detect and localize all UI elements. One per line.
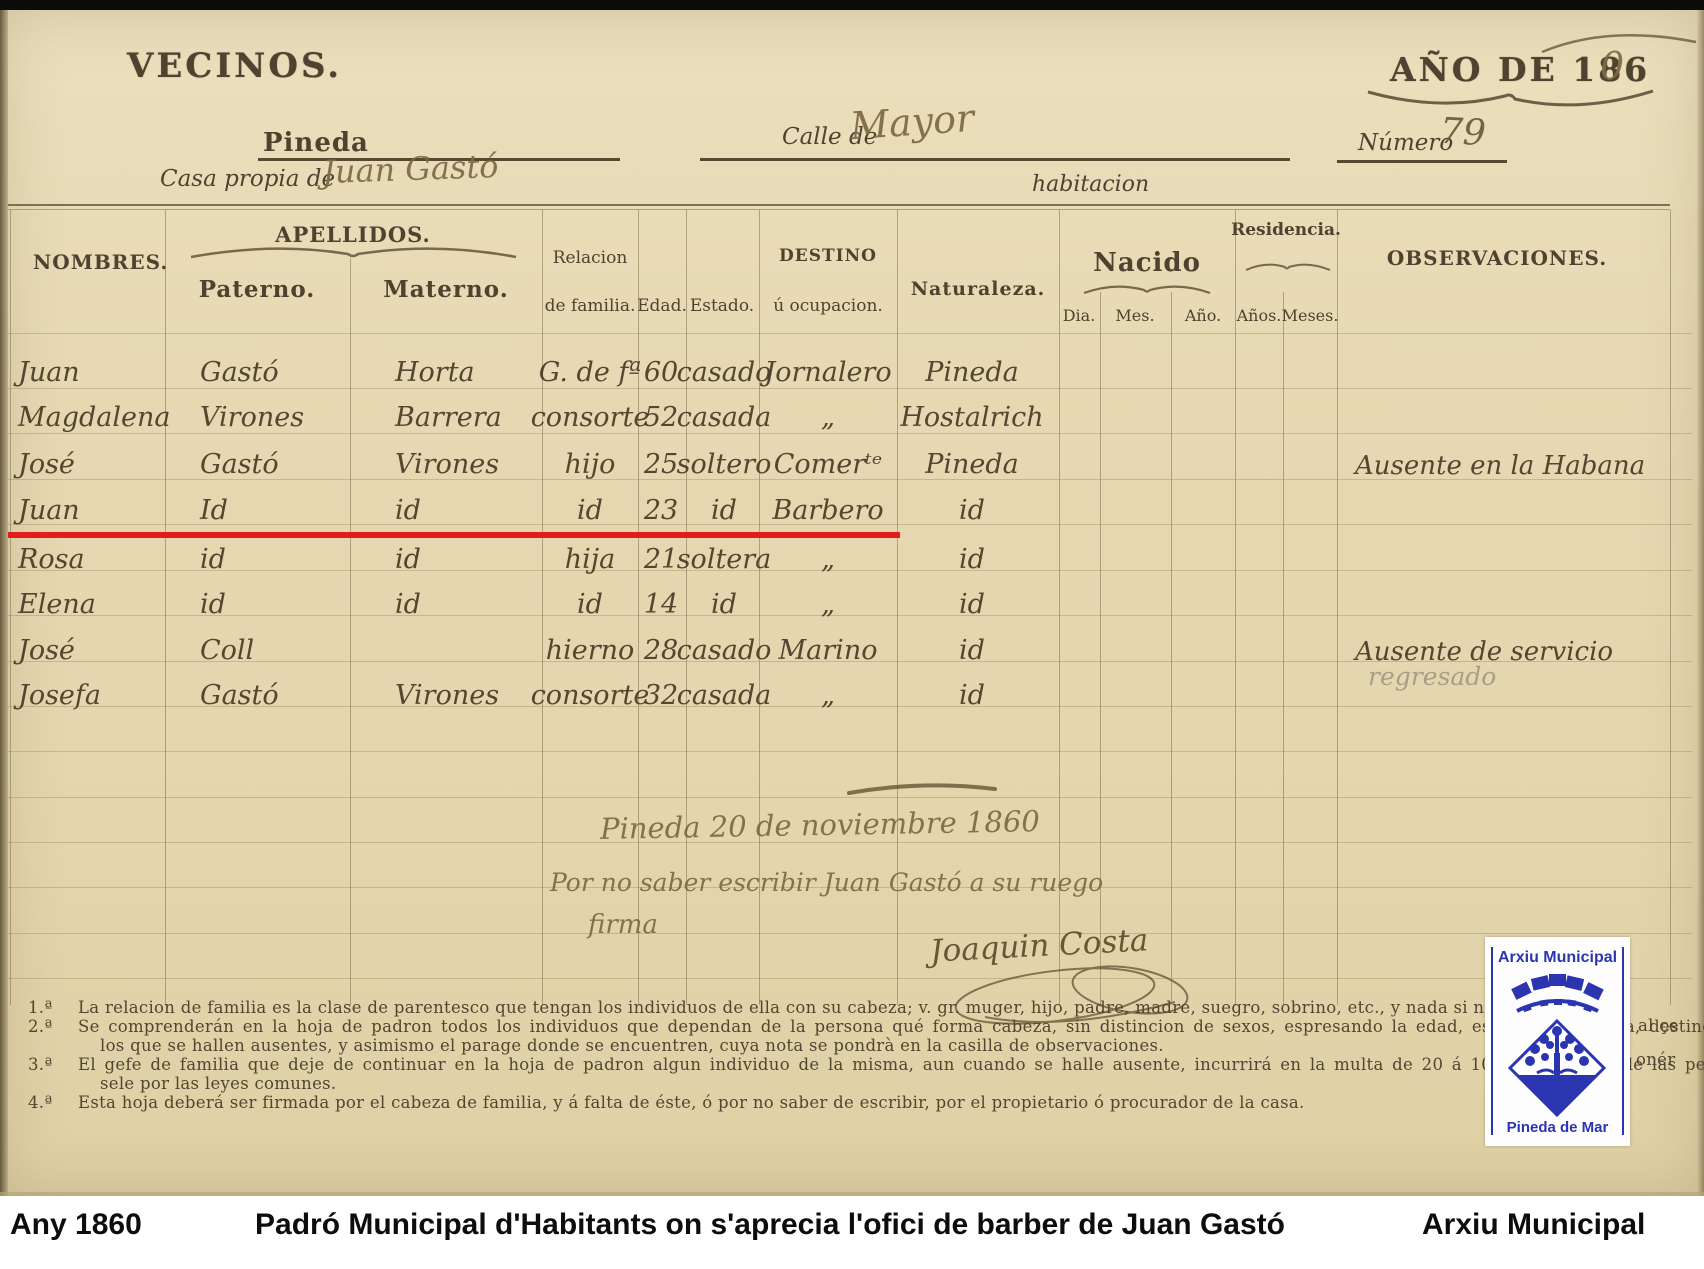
cell-nombre: José	[18, 449, 75, 480]
cell-destino: Comerᵗᵉ	[774, 449, 883, 480]
caption-year: Any 1860	[10, 1208, 142, 1242]
cell-materno: Barrera	[395, 402, 502, 433]
cell-paterno: Gastó	[200, 680, 279, 711]
col-header-mes: Mes.	[1115, 306, 1154, 325]
column-line	[350, 258, 351, 1005]
vecinos-title: VECINOS.	[127, 46, 342, 86]
footnote-number: 4.ª	[28, 1093, 52, 1112]
ruled-line	[8, 751, 1692, 752]
cell-paterno: Id	[200, 495, 228, 526]
cell-materno: Horta	[395, 357, 475, 388]
cell-naturaleza: Pineda	[925, 449, 1019, 480]
scan-top-border	[0, 0, 1704, 10]
cell-materno: id	[395, 589, 421, 620]
calle-handwritten: Mayor	[849, 96, 976, 149]
column-line	[1235, 210, 1236, 1005]
ruled-line	[8, 388, 1692, 389]
col-header-naturaleza: Naturaleza.	[911, 278, 1046, 300]
cell-naturaleza: id	[959, 589, 985, 620]
table-top-rule-thin	[8, 209, 1670, 210]
census-scan-page: VECINOS. AÑO DE 186 0 Pineda Casa propia…	[0, 0, 1704, 1269]
residencia-swash	[1244, 262, 1332, 274]
column-line	[1171, 292, 1172, 1005]
cell-materno: id	[395, 544, 421, 575]
apellidos-swash	[188, 246, 520, 262]
cell-edad: 21	[644, 544, 678, 575]
footnote-text: sele por las leyes comunes.	[100, 1074, 336, 1093]
cell-naturaleza: id	[959, 680, 985, 711]
cell-paterno: Virones	[200, 402, 304, 433]
col-header-destino-2: ú ocupacion.	[773, 296, 883, 316]
year-swash-flourish	[1365, 86, 1657, 108]
highlight-underline	[8, 532, 900, 538]
numero-underline	[1337, 160, 1507, 163]
cell-paterno: id	[200, 589, 226, 620]
col-header-estado: Estado.	[690, 296, 754, 316]
footnote-number: 2.ª	[28, 1017, 52, 1036]
col-header-relacion-2: de familia.	[545, 296, 636, 316]
column-line	[1100, 292, 1101, 1005]
tree-crest-icon	[1485, 969, 1630, 1121]
col-header-dia: Dia.	[1063, 306, 1096, 325]
col-header-anio: Año.	[1185, 306, 1221, 325]
cell-nombre: Elena	[18, 589, 96, 620]
cell-nombre: Magdalena	[18, 402, 171, 433]
cell-edad: 25	[644, 449, 678, 480]
col-header-materno: Materno.	[383, 276, 508, 303]
cell-estado: id	[711, 589, 737, 620]
cell-paterno: id	[200, 544, 226, 575]
cell-materno: Virones	[395, 449, 499, 480]
cell-relacion: G. de fª	[539, 357, 641, 388]
casa-propia-handwritten: Juan Gastó	[321, 147, 499, 191]
cell-estado: id	[711, 495, 737, 526]
col-header-anios: Años.	[1237, 306, 1282, 325]
cell-relacion: hijo	[565, 449, 616, 480]
footnote-number: 1.ª	[28, 998, 52, 1017]
ruled-line	[8, 842, 1692, 843]
logo-title: Arxiu Municipal	[1485, 949, 1630, 967]
cell-destino: „	[821, 402, 835, 433]
footnote-text: El gefe de familia que deje de continuar…	[78, 1055, 1704, 1074]
cell-destino: „	[821, 544, 835, 575]
caption-archive: Arxiu Municipal	[1422, 1208, 1645, 1242]
cell-naturaleza: id	[959, 635, 985, 666]
cell-nombre: Rosa	[18, 544, 85, 575]
ruled-line	[8, 433, 1692, 434]
footnote-number: 3.ª	[28, 1055, 52, 1074]
cell-naturaleza: Hostalrich	[900, 402, 1043, 433]
column-line	[10, 210, 11, 1005]
pen-stroke-decoration	[1540, 26, 1700, 58]
ruled-line	[8, 797, 1692, 798]
numero-handwritten: 79	[1439, 111, 1487, 154]
col-header-meses: Meses.	[1282, 306, 1339, 325]
cell-edad: 28	[644, 635, 678, 666]
ruled-line	[8, 978, 1692, 979]
ruled-line	[8, 615, 1692, 616]
cell-obs: Ausente en la Habana	[1355, 451, 1645, 481]
cell-edad: 52	[644, 402, 678, 433]
column-line	[1337, 210, 1338, 1005]
date-overstroke	[845, 780, 1000, 796]
footnote-fragment-1: al çe	[1638, 1016, 1679, 1035]
scan-left-edge	[0, 10, 8, 1196]
col-header-nombres: NOMBRES.	[33, 250, 168, 274]
cell-naturaleza: id	[959, 495, 985, 526]
cell-estado: casada	[677, 402, 772, 433]
cell-materno: Virones	[395, 680, 499, 711]
arxiu-municipal-logo: Arxiu Municipal	[1485, 937, 1630, 1146]
signature-firma-word: firma	[588, 910, 658, 940]
cell-paterno: Coll	[200, 635, 254, 666]
column-line	[1283, 292, 1284, 1005]
cell-edad: 32	[644, 680, 678, 711]
cell-estado: soltera	[677, 544, 772, 575]
cell-relacion: consorte	[531, 680, 650, 711]
ruled-line	[8, 333, 1692, 334]
table-top-rule	[8, 204, 1670, 206]
caption-title: Padró Municipal d'Habitants on s'aprecia…	[255, 1208, 1285, 1242]
cell-relacion: consorte	[531, 402, 650, 433]
cell-paterno: Gastó	[200, 449, 279, 480]
cell-naturaleza: Pineda	[925, 357, 1019, 388]
footnote-text: Se comprenderán en la hoja de padron tod…	[78, 1017, 1704, 1036]
col-header-destino-1: DESTINO	[779, 246, 877, 266]
casa-propia-label: Casa propia de	[160, 166, 335, 192]
cell-destino: Marino	[779, 635, 878, 666]
nacido-swash	[1082, 284, 1212, 298]
col-header-residencia: Residencia.	[1231, 220, 1341, 240]
col-header-observaciones: OBSERVACIONES.	[1387, 246, 1607, 270]
ruled-line	[8, 570, 1692, 571]
col-header-apellidos: APELLIDOS.	[275, 222, 431, 247]
cell-edad: 60	[644, 357, 678, 388]
scan-bottom-edge	[0, 1192, 1704, 1196]
cell-relacion: hierno	[546, 635, 635, 666]
cell-edad: 23	[644, 495, 678, 526]
signature-no-saber-line: Por no saber escribir Juan Gastó a su ru…	[550, 868, 1103, 897]
cell-destino: „	[821, 680, 835, 711]
logo-subtitle: Pineda de Mar	[1485, 1119, 1630, 1136]
column-line	[542, 210, 543, 1005]
cell-nombre: Josefa	[18, 680, 101, 711]
footnote-text: los que se hallen ausentes, y asimismo e…	[100, 1036, 1164, 1055]
habitacion-label: habitacion	[1032, 172, 1149, 197]
cell-estado: casado	[677, 635, 772, 666]
cell-paterno: Gastó	[200, 357, 279, 388]
cell-destino: Barbero	[772, 495, 883, 526]
cell-nombre: Juan	[18, 357, 80, 388]
cell-estado: casada	[677, 680, 772, 711]
footnote-text: La relacion de familia es la clase de pa…	[78, 998, 1571, 1017]
pencil-note-regresado: regresado	[1368, 662, 1496, 691]
cell-estado: soltero	[677, 449, 772, 480]
cell-materno: id	[395, 495, 421, 526]
cell-nombre: Juan	[18, 495, 80, 526]
cell-relacion: hija	[565, 544, 616, 575]
cell-relacion: id	[577, 495, 603, 526]
cell-relacion: id	[577, 589, 603, 620]
cell-nombre: José	[18, 635, 75, 666]
footnote-fragment-2: onér	[1636, 1050, 1675, 1069]
ruled-line	[8, 933, 1692, 934]
col-header-paterno: Paterno.	[199, 276, 316, 303]
cell-edad: 14	[644, 589, 678, 620]
column-line	[165, 210, 166, 1005]
footnote-text: Esta hoja deberá ser firmada por el cabe…	[78, 1093, 1305, 1112]
col-header-nacido: Nacido	[1093, 248, 1201, 278]
cell-destino: Jornalero	[764, 357, 891, 388]
cell-naturaleza: id	[959, 544, 985, 575]
col-header-relacion-1: Relacion	[553, 248, 628, 268]
calle-underline	[700, 158, 1290, 161]
cell-destino: „	[821, 589, 835, 620]
col-header-edad: Edad.	[637, 296, 687, 316]
cell-estado: casado	[677, 357, 772, 388]
column-line	[1670, 210, 1671, 1005]
